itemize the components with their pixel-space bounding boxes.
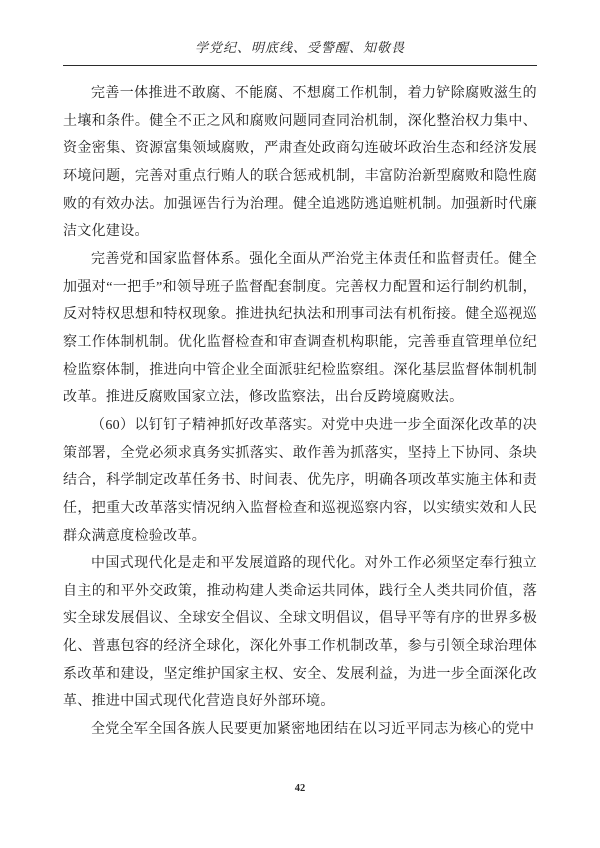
paragraph-unity-closing: 全党全军全国各族人民要更加紧密地团结在以习近平同志为核心的党中: [63, 716, 537, 744]
paragraph-60-reform-implementation: （60）以钉钉子精神抓好改革落实。对党中央进一步全面深化改革的决策部署，全党必须…: [63, 412, 537, 550]
paragraph-peaceful-development: 中国式现代化是走和平发展道路的现代化。对外工作必须坚定奉行独立自主的和平外交政策…: [63, 550, 537, 716]
header-divider: [63, 65, 537, 66]
paragraph-anticorruption-mechanism: 完善一体推进不敢腐、不能腐、不想腐工作机制，着力铲除腐败滋生的土壤和条件。健全不…: [63, 80, 537, 246]
page-number: 42: [0, 783, 600, 794]
paragraph-supervision-system: 完善党和国家监督体系。强化全面从严治党主体责任和监督责任。健全加强对“一把手”和…: [63, 246, 537, 412]
document-body: 完善一体推进不敢腐、不能腐、不想腐工作机制，着力铲除腐败滋生的土壤和条件。健全不…: [63, 80, 537, 744]
page-header-title: 学党纪、明底线、受警醒、知敬畏: [0, 40, 600, 55]
document-page: 学党纪、明底线、受警醒、知敬畏 完善一体推进不敢腐、不能腐、不想腐工作机制，着力…: [0, 0, 600, 848]
